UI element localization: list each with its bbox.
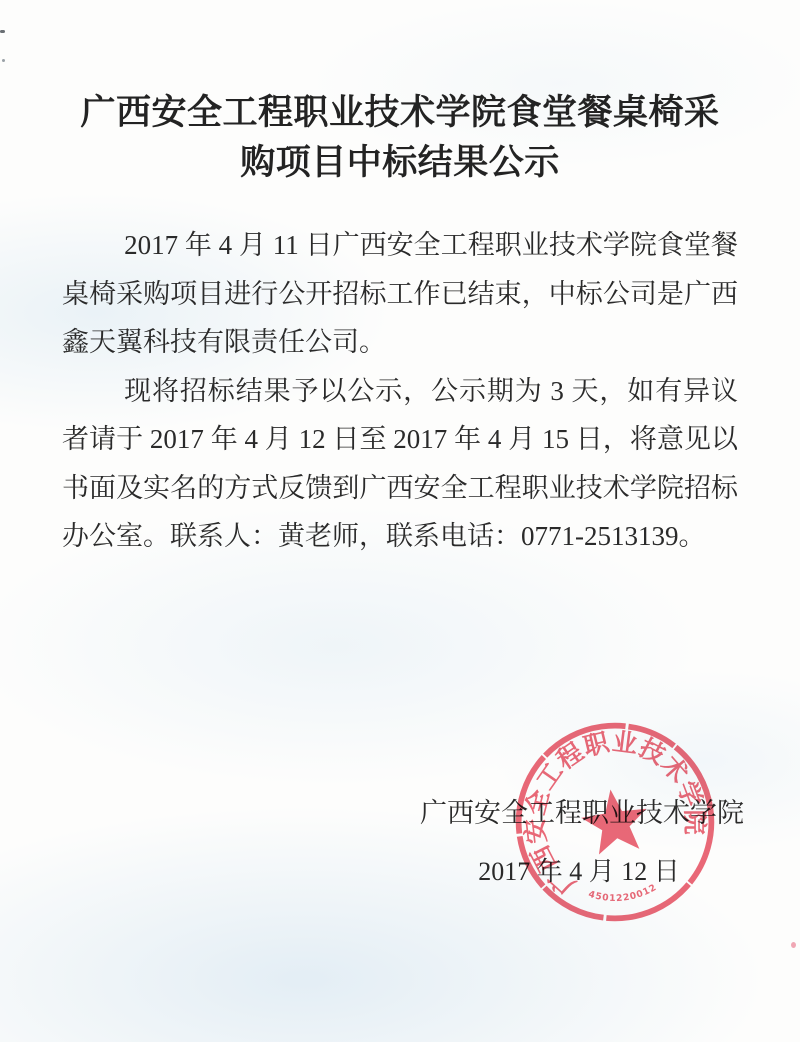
body-paragraph-2: 现将招标结果予以公示，公示期为 3 天，如有异议者请于 2017 年 4 月 1… bbox=[62, 367, 738, 561]
signature-organization: 广西安全工程职业技术学院 bbox=[420, 797, 738, 829]
scan-speck bbox=[791, 942, 796, 948]
signature-date: 2017 年 4 月 12 日 bbox=[420, 851, 738, 888]
signature-block: 广西安全工程职业技术学院 2017 年 4 月 12 日 bbox=[420, 797, 738, 888]
document-page: 广西安全工程职业技术学院食堂餐桌椅采 购项目中标结果公示 2017 年 4 月 … bbox=[0, 0, 800, 1042]
document-body: 2017 年 4 月 11 日广西安全工程职业技术学院食堂餐桌椅采购项目进行公开… bbox=[62, 221, 738, 561]
document-title-line-1: 广西安全工程职业技术学院食堂餐桌椅采 bbox=[0, 88, 800, 138]
document-title-line-2: 购项目中标结果公示 bbox=[0, 138, 800, 188]
scan-speck bbox=[0, 30, 5, 33]
document-title: 广西安全工程职业技术学院食堂餐桌椅采 购项目中标结果公示 bbox=[0, 88, 800, 188]
body-paragraph-1: 2017 年 4 月 11 日广西安全工程职业技术学院食堂餐桌椅采购项目进行公开… bbox=[62, 221, 738, 367]
scan-speck bbox=[2, 59, 5, 62]
